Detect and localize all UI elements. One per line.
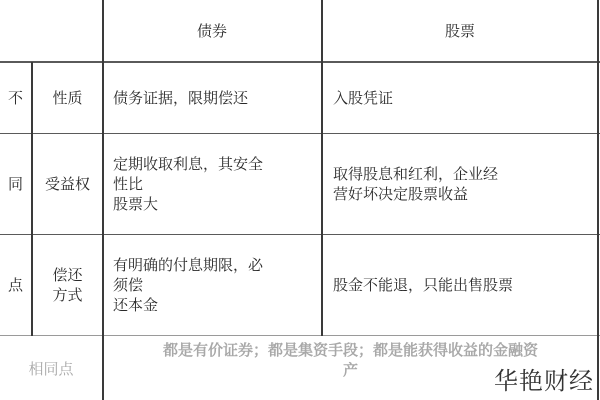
- header-stock: 股票: [323, 0, 597, 61]
- stock-repayment: 股金不能退，只能出售股票: [323, 235, 597, 335]
- similarity-text-line-2: 产: [343, 360, 358, 380]
- bond-benefit: 定期收取利息，其安全 性比 股票大: [103, 134, 321, 234]
- bond-benefit-line-1: 定期收取利息，其安全: [113, 154, 263, 174]
- bond-repayment-line-2: 须偿: [113, 275, 143, 295]
- row-label-repayment: 偿还 方式: [33, 235, 102, 335]
- row-label-repayment-line-1: 偿还: [52, 265, 82, 285]
- bond-repayment-line-3: 还本金: [113, 295, 158, 315]
- bond-nature: 债务证据，限期偿还: [103, 63, 321, 133]
- row-label-benefit: 受益权: [33, 134, 102, 234]
- watermark: 华艳财经: [492, 361, 596, 396]
- stock-benefit-line-1: 取得股息和红利，企业经: [333, 164, 498, 184]
- right-border: [597, 0, 599, 400]
- bond-repayment-line-1: 有明确的付息期限，必: [113, 255, 263, 275]
- row3-bottom-border: [0, 335, 600, 336]
- stock-nature: 入股凭证: [323, 63, 597, 133]
- row-label-nature: 性质: [33, 63, 102, 133]
- stock-benefit: 取得股息和红利，企业经 营好坏决定股票收益: [323, 134, 597, 234]
- stock-benefit-line-2: 营好坏决定股票收益: [333, 184, 468, 204]
- row-label-repayment-line-2: 方式: [52, 285, 82, 305]
- similarity-label: 相同点: [0, 337, 102, 400]
- group-label-char-2: 同: [0, 134, 31, 234]
- bond-repayment: 有明确的付息期限，必 须偿 还本金: [103, 235, 321, 335]
- header-bond: 债券: [103, 0, 321, 61]
- group-label-char-3: 点: [0, 235, 31, 335]
- group-label-char-1: 不: [0, 63, 31, 133]
- similarity-text-line-1: 都是有价证券；都是集资手段；都是能获得收益的金融资: [163, 340, 538, 360]
- bond-benefit-line-3: 股票大: [113, 194, 158, 214]
- bond-benefit-line-2: 性比: [113, 174, 143, 194]
